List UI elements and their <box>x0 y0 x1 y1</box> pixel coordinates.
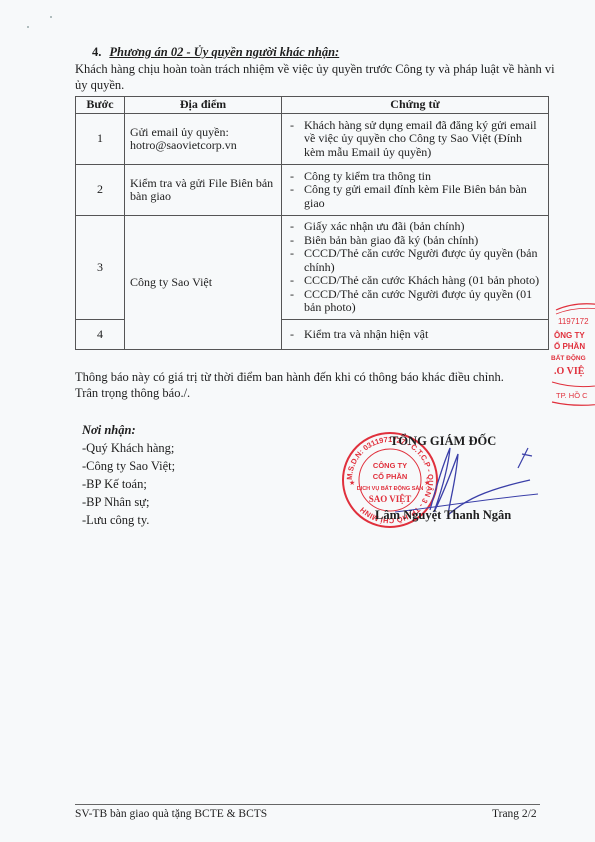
header-documents: Chứng từ <box>282 97 549 114</box>
step-place: Gửi email ủy quyền: hotro@saovietcorp.vn <box>125 114 282 165</box>
recipient-item: -Công ty Sao Việt; <box>82 457 175 475</box>
partial-stamp-icon: 1197172 ÔNG TY Ổ PHẦN BẤT ĐỘNG .O VIỆ TP… <box>548 298 595 408</box>
svg-text:BẤT ĐỘNG: BẤT ĐỘNG <box>551 352 586 362</box>
document-item: Khách hàng sử dụng email đã đăng ký gửi … <box>288 119 544 160</box>
step-number: 1 <box>76 114 125 165</box>
svg-text:Ổ PHẦN: Ổ PHẦN <box>554 341 585 351</box>
document-item: CCCD/Thẻ căn cước Người được ủy quyền (0… <box>288 288 544 315</box>
footer-document-code: SV-TB bàn giao quà tặng BCTE & BCTS <box>75 808 267 820</box>
recipient-item: -BP Kế toán; <box>82 475 175 493</box>
scan-speck <box>27 26 29 28</box>
email-address: hotro@saovietcorp.vn <box>130 139 276 153</box>
regards-text: Trân trọng thông báo./. <box>75 385 504 401</box>
svg-text:.O VIỆ: .O VIỆ <box>554 364 585 377</box>
validity-text: Thông báo này có giá trị từ thời điểm ba… <box>75 369 504 385</box>
step-number: 4 <box>76 320 125 350</box>
svg-text:TP. HỒ C: TP. HỒ C <box>556 390 588 400</box>
step-place: Kiểm tra và gửi File Biên bản bàn giao <box>125 165 282 216</box>
recipient-item: -Quý Khách hàng; <box>82 439 175 457</box>
scan-speck <box>50 16 52 18</box>
steps-table: Bước Địa điểm Chứng từ 1 Gửi email ủy qu… <box>75 96 549 350</box>
document-item: Công ty gửi email đính kèm File Biên bản… <box>288 183 544 210</box>
recipients-title: Nơi nhận: <box>82 421 175 439</box>
place-text: Gửi email ủy quyền: <box>130 126 276 140</box>
document-item: Công ty kiểm tra thông tin <box>288 170 544 184</box>
document-item: Kiểm tra và nhận hiện vật <box>288 328 544 342</box>
table-row: 2 Kiểm tra và gửi File Biên bản bàn giao… <box>76 165 549 216</box>
document-item: Giấy xác nhận ưu đãi (bản chính) <box>288 220 544 234</box>
recipients-block: Nơi nhận: -Quý Khách hàng; -Công ty Sao … <box>82 421 175 529</box>
document-item: Biên bản bàn giao đã ký (bản chính) <box>288 234 544 248</box>
section-number: 4. <box>92 45 101 59</box>
table-header-row: Bước Địa điểm Chứng từ <box>76 97 549 114</box>
section-title: Phương án 02 - Ủy quyền người khác nhận: <box>109 45 339 59</box>
header-place: Địa điểm <box>125 97 282 114</box>
document-page: 4.Phương án 02 - Ủy quyền người khác nhậ… <box>0 0 595 842</box>
document-item: CCCD/Thẻ căn cước Khách hàng (01 bản pho… <box>288 274 544 288</box>
svg-text:ÔNG TY: ÔNG TY <box>554 331 585 340</box>
recipient-item: -BP Nhân sự; <box>82 493 175 511</box>
footer-page-number: Trang 2/2 <box>492 808 537 820</box>
svg-text:1197172: 1197172 <box>558 317 589 326</box>
step-documents: Khách hàng sử dụng email đã đăng ký gửi … <box>282 114 549 165</box>
table-row: 1 Gửi email ủy quyền: hotro@saovietcorp.… <box>76 114 549 165</box>
step-documents: Công ty kiểm tra thông tin Công ty gửi e… <box>282 165 549 216</box>
signer-name: Lâm Nguyệt Thanh Ngân <box>375 508 511 523</box>
step-documents: Giấy xác nhận ưu đãi (bản chính) Biên bả… <box>282 216 549 320</box>
footer-divider <box>75 804 540 805</box>
closing-notice: Thông báo này có giá trị từ thời điểm ba… <box>75 369 504 401</box>
svg-text:★: ★ <box>349 479 355 487</box>
intro-paragraph: Khách hàng chịu hoàn toàn trách nhiệm về… <box>75 61 555 93</box>
header-step: Bước <box>76 97 125 114</box>
section-heading: 4.Phương án 02 - Ủy quyền người khác nhậ… <box>92 45 339 60</box>
step-number: 2 <box>76 165 125 216</box>
step-place: Công ty Sao Việt <box>125 216 282 350</box>
table-row: 3 Công ty Sao Việt Giấy xác nhận ưu đãi … <box>76 216 549 320</box>
step-documents: Kiểm tra và nhận hiện vật <box>282 320 549 350</box>
document-item: CCCD/Thẻ căn cước Người được ủy quyền (b… <box>288 247 544 274</box>
recipient-item: -Lưu công ty. <box>82 511 175 529</box>
step-number: 3 <box>76 216 125 320</box>
